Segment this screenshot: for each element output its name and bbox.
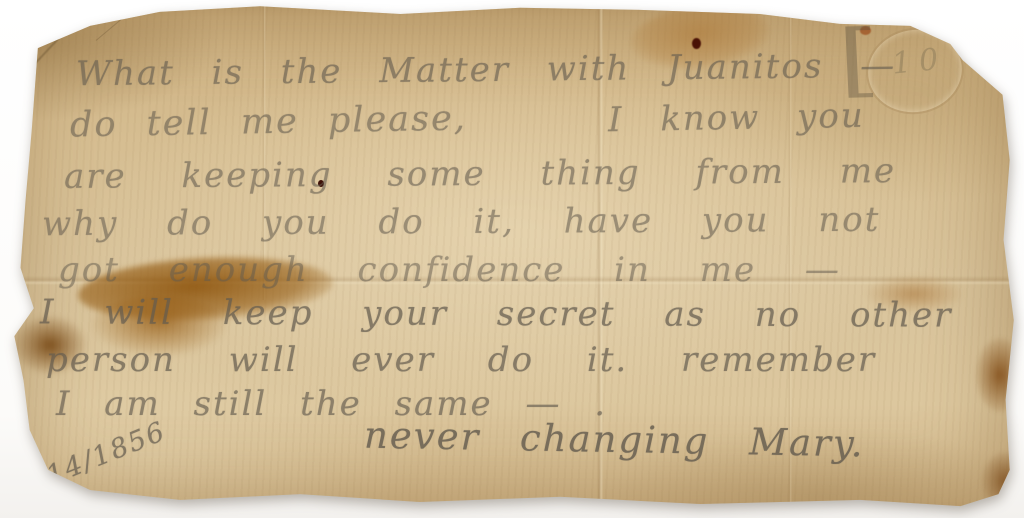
letter-line-4: why do you do it, have you not bbox=[42, 200, 881, 244]
letter-line-5: got enough confidence in me — bbox=[58, 250, 841, 290]
letter-line-1: What is the Matter with Juanitos — bbox=[76, 46, 896, 95]
stain-bottom-right bbox=[982, 452, 1024, 510]
letter-line-3: are keeping some thing from me bbox=[64, 151, 896, 197]
letter-paper: [ 10 What is the Matter with Juanitos — … bbox=[0, 0, 1024, 518]
letter-line-7: person will ever do it. remember bbox=[46, 340, 876, 380]
letter-line-2a: do tell me please, bbox=[70, 99, 468, 146]
signature-line: never changing Mary. bbox=[364, 414, 865, 466]
faint-pencil-digits: 10 bbox=[890, 41, 948, 81]
scanned-letter-page: [ 10 What is the Matter with Juanitos — … bbox=[0, 0, 1024, 518]
letter-line-6: I will keep your secret as no other bbox=[40, 292, 953, 335]
paper-shadow-wrap: [ 10 What is the Matter with Juanitos — … bbox=[0, 0, 1024, 518]
letter-line-2b: I know you bbox=[608, 96, 865, 140]
diagonal-corner-crease bbox=[96, 5, 138, 40]
date-annotation: 9/14/1856 bbox=[14, 416, 171, 503]
stain-right-edge bbox=[976, 338, 1024, 412]
